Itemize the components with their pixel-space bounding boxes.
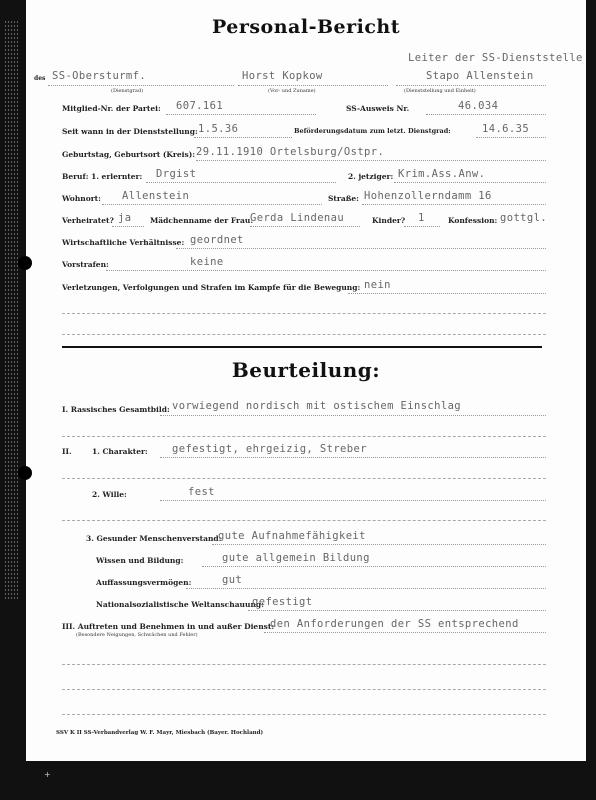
ss-id-value: 46.034	[458, 100, 498, 112]
birth-label: Geburtstag, Geburtsort (Kreis):	[62, 150, 195, 159]
will-label: 2. Wille:	[92, 490, 127, 499]
since-line	[194, 137, 292, 138]
unit-value: Stapo Allenstein	[426, 70, 534, 82]
blank-line	[62, 334, 546, 335]
conduct-label: III. Auftreten und Benehmen in und außer…	[62, 622, 274, 631]
scan-border-left	[0, 0, 26, 800]
party-no-line	[166, 114, 316, 115]
worldview-line	[248, 610, 546, 611]
name-caption: (Vor- und Zuname)	[268, 88, 316, 94]
job1-line	[146, 182, 336, 183]
will-line	[160, 500, 546, 501]
comprehension-label: Auffassungsvermögen:	[96, 578, 191, 587]
children-label: Kinder?	[372, 216, 405, 225]
punch-hole	[18, 466, 32, 480]
worldview-value: gefestigt	[252, 596, 313, 608]
ss-id-label: SS-Ausweis Nr.	[346, 104, 409, 113]
blank-line	[62, 436, 546, 437]
record-line	[106, 270, 546, 271]
economic-value: geordnet	[190, 234, 244, 246]
economic-label: Wirtschaftliche Verhältnisse:	[62, 238, 184, 247]
knowledge-value: gute allgemein Bildung	[222, 552, 370, 564]
street-label: Straße:	[328, 194, 359, 203]
scan-noise	[4, 20, 18, 600]
common-sense-line	[212, 544, 546, 545]
section-divider	[62, 346, 542, 348]
knowledge-line	[202, 566, 546, 567]
punch-hole	[18, 256, 32, 270]
record-label: Vorstrafen:	[62, 260, 109, 269]
street-line	[362, 204, 546, 205]
scan-border-bottom	[0, 761, 596, 800]
knowledge-label: Wissen und Bildung:	[96, 556, 183, 565]
residence-label: Wohnort:	[62, 194, 101, 203]
des-label: des	[34, 75, 45, 82]
rank-value: SS-Obersturmf.	[52, 70, 146, 82]
job2-label: 2. jetziger:	[348, 172, 393, 181]
conduct-value: den Anforderungen der SS entsprechend	[270, 618, 519, 630]
maiden-value: Gerda Lindenau	[250, 212, 344, 224]
name-value: Horst Kopkow	[242, 70, 323, 82]
conduct-line	[264, 632, 546, 633]
common-sense-value: gute Aufnahmefähigkeit	[218, 530, 366, 542]
job2-value: Krim.Ass.Anw.	[398, 168, 485, 180]
comprehension-line	[186, 588, 546, 589]
document-title: Personal-Bericht	[26, 16, 586, 38]
blank-line	[62, 478, 546, 479]
street-value: Hohenzollerndamm 16	[364, 190, 492, 202]
record-value: keine	[190, 256, 224, 268]
blank-line	[62, 689, 546, 690]
worldview-label: Nationalsozialistische Weltanschauung:	[96, 600, 264, 609]
scan-mark: +	[44, 770, 51, 779]
party-no-label: Mitglied-Nr. der Partei:	[62, 104, 161, 113]
injuries-label: Verletzungen, Verfolgungen und Strafen i…	[62, 283, 360, 292]
comprehension-value: gut	[222, 574, 242, 586]
publisher-footer: SSV K II SS-Verbandverlag W. F. Mayr, Mi…	[56, 730, 263, 736]
will-value: fest	[188, 486, 215, 498]
married-label: Verheiratet?	[62, 216, 114, 225]
document-page: Personal-Bericht Leiter der SS-Dienstste…	[26, 0, 586, 761]
maiden-line	[250, 226, 360, 227]
children-value: 1	[418, 212, 425, 224]
racial-line	[160, 415, 546, 416]
character-line	[160, 457, 546, 458]
character-label: 1. Charakter:	[92, 447, 148, 456]
blank-line	[62, 664, 546, 665]
rank-line	[48, 85, 234, 86]
section2-label: II.	[62, 447, 72, 456]
racial-value: vorwiegend nordisch mit ostischem Einsch…	[172, 400, 461, 412]
confession-label: Konfession:	[448, 216, 497, 225]
residence-line	[102, 204, 322, 205]
racial-label: I. Rassisches Gesamtbild:	[62, 405, 170, 414]
promotion-label: Beförderungsdatum zum letzt. Dienstgrad:	[294, 127, 451, 135]
promotion-line	[476, 137, 546, 138]
common-sense-label: 3. Gesunder Menschenverstand:	[86, 534, 221, 543]
injuries-line	[348, 293, 546, 294]
name-line	[238, 85, 388, 86]
job2-line	[394, 182, 546, 183]
office-top: Leiter der SS-Dienststelle	[408, 52, 583, 64]
blank-line	[62, 520, 546, 521]
scan-border-right	[586, 0, 596, 800]
job1-value: Drgist	[156, 168, 196, 180]
party-no-value: 607.161	[176, 100, 223, 112]
since-value: 1.5.36	[198, 123, 238, 135]
ss-id-line	[426, 114, 546, 115]
blank-line	[62, 714, 546, 715]
conduct-caption: (Besondere Neigungen, Schwächen und Fehl…	[76, 632, 198, 638]
maiden-label: Mädchenname der Frau:	[150, 216, 253, 225]
residence-value: Allenstein	[122, 190, 189, 202]
assessment-title: Beurteilung:	[26, 358, 586, 382]
unit-line	[396, 85, 546, 86]
children-line	[404, 226, 440, 227]
married-line	[112, 226, 144, 227]
job1-label: Beruf: 1. erlernter:	[62, 172, 142, 181]
birth-line	[196, 160, 546, 161]
economic-line	[176, 248, 546, 249]
blank-line	[62, 313, 546, 314]
unit-caption: (Dienststellung und Einheit)	[404, 88, 476, 94]
since-label: Seit wann in der Dienststellung:	[62, 127, 198, 136]
married-value: ja	[118, 212, 131, 224]
character-value: gefestigt, ehrgeizig, Streber	[172, 443, 367, 455]
confession-value: gottgl.	[500, 212, 547, 224]
birth-value: 29.11.1910 Ortelsburg/Ostpr.	[196, 146, 384, 158]
rank-caption: (Dienstgrad)	[111, 88, 143, 94]
injuries-value: nein	[364, 279, 391, 291]
promotion-value: 14.6.35	[482, 123, 529, 135]
